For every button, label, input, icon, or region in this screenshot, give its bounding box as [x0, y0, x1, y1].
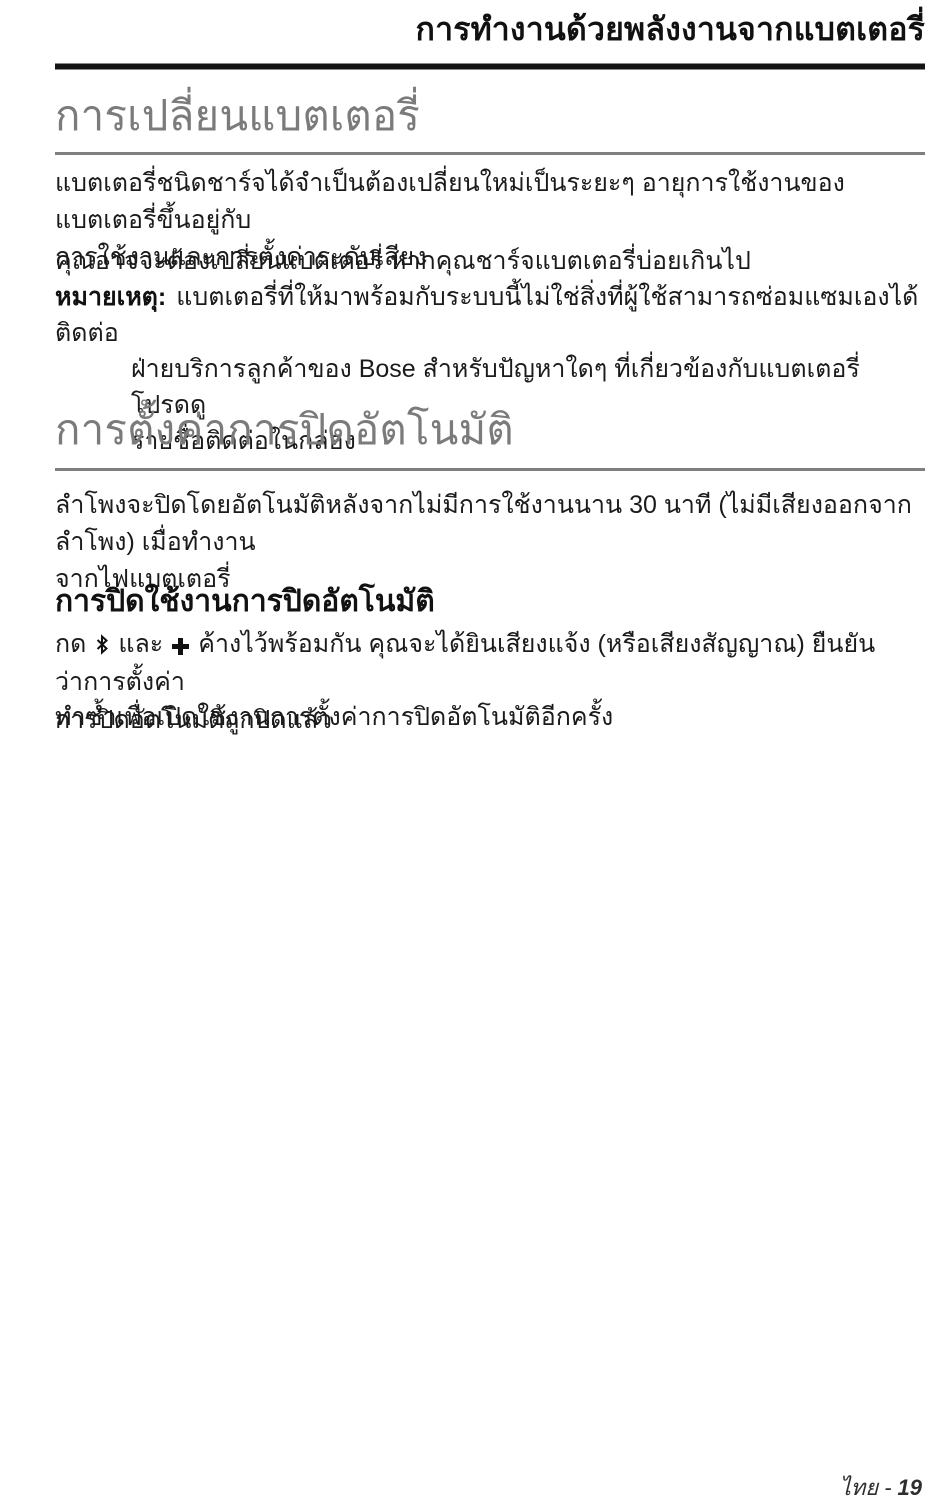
bluetooth-icon [95, 634, 109, 655]
section-rule [55, 468, 925, 471]
subsection-heading-disable-auto-off: การปิดใช้งานการปิดอัตโนมัติ [55, 580, 925, 624]
press-word: กด [55, 630, 86, 658]
paragraph-line: คุณอาจจะต้องเปลี่ยนแบตเตอรี่ หากคุณชาร์จ… [55, 243, 925, 280]
paragraph-line: แบตเตอรี่ชนิดชาร์จได้จำเป็นต้องเปลี่ยนให… [55, 165, 925, 239]
note-text: แบตเตอรี่ที่ให้มาพร้อมกับระบบนี้ไม่ใช่สิ… [55, 283, 918, 347]
page-header-title: การทำงานด้วยพลังงานจากแบตเตอรี่ [55, 6, 925, 52]
note-line: หมายเหตุ:แบตเตอรี่ที่ให้มาพร้อมกับระบบนี… [55, 279, 925, 351]
footer-separator: - [884, 1475, 891, 1500]
section-heading-battery-replace: การเปลี่ยนแบตเตอรี่ [55, 86, 925, 146]
footer-page-number: 19 [898, 1475, 922, 1500]
paragraph-repeat: ทำซ้ำเพื่อเปิดใช้งานการตั้งค่าการปิดอัตโ… [55, 699, 925, 736]
plus-icon [172, 638, 189, 655]
section-heading-auto-off: การตั้งค่าการปิดอัตโนมัติ [55, 400, 925, 460]
paragraph-line: ทำซ้ำเพื่อเปิดใช้งานการตั้งค่าการปิดอัตโ… [55, 699, 925, 736]
footer-language: ไทย [840, 1475, 878, 1500]
section-rule [55, 152, 925, 155]
page-footer: ไทย-19 [840, 1472, 922, 1504]
paragraph-line: กดและค้างไว้พร้อมกัน คุณจะได้ยินเสียงแจ้… [55, 625, 925, 701]
manual-page: การทำงานด้วยพลังงานจากแบตเตอรี่ การเปลี่… [0, 0, 950, 1510]
paragraph-line: ลำโพงจะปิดโดยอัตโนมัติหลังจากไม่มีการใช้… [55, 487, 925, 561]
note-label: หมายเหตุ: [55, 283, 166, 311]
header-rule [55, 63, 925, 70]
paragraph-charge-often: คุณอาจจะต้องเปลี่ยนแบตเตอรี่ หากคุณชาร์จ… [55, 243, 925, 280]
and-word: และ [118, 630, 163, 658]
